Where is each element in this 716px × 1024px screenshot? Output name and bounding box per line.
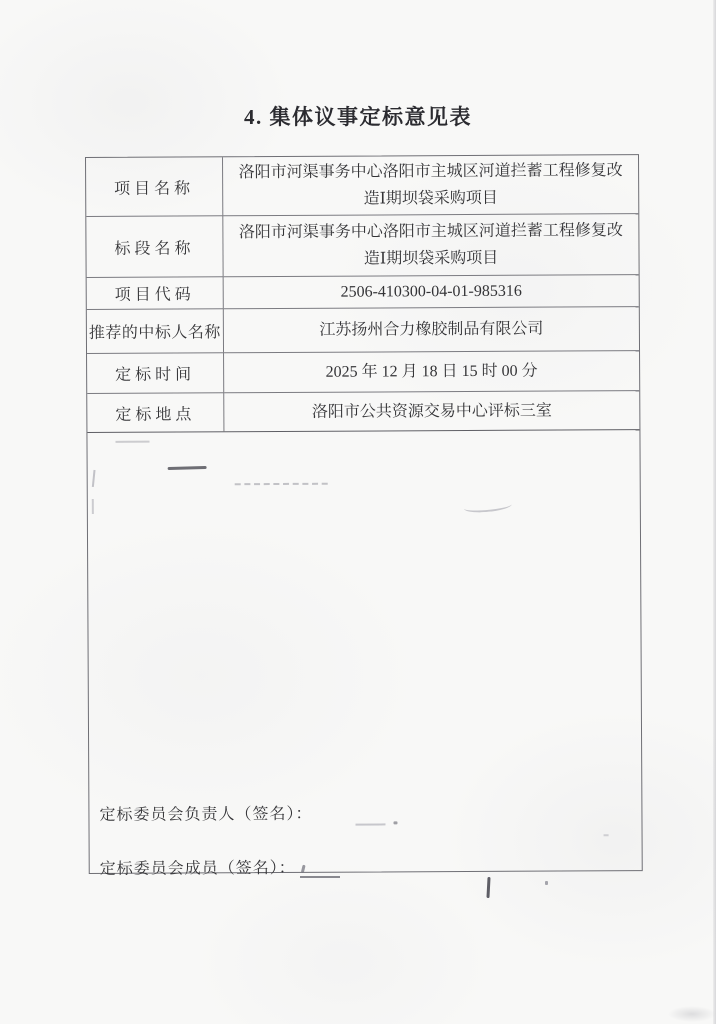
members-signature-label: 定标委员会成员（签名）：	[100, 855, 296, 879]
faded-handwriting-mark	[355, 823, 385, 825]
project-name-value: 洛阳市河渠事务中心洛阳市主城区河道拦蓄工程修复改造Ⅰ期坝袋采购项目	[223, 155, 638, 215]
faded-handwriting-mark	[115, 441, 149, 443]
award-time-label: 定标时间	[87, 352, 224, 393]
pen-underline-mark	[300, 876, 340, 878]
project-code-value: 2506-410300-04-01-985316	[224, 274, 639, 308]
faded-numeral-mark	[92, 499, 94, 514]
award-location-label: 定标地点	[87, 392, 224, 432]
award-time-value: 2025 年 12 月 18 日 15 时 00 分	[224, 350, 639, 392]
faded-numeral-mark	[92, 470, 96, 487]
section-name-value: 洛阳市河渠事务中心洛阳市主城区河道拦蓄工程修复改造Ⅰ期坝袋采购项目	[223, 213, 638, 276]
scan-artifact-mark	[604, 834, 609, 836]
faded-handwriting-mark	[463, 499, 512, 514]
pen-dot-mark	[393, 821, 397, 824]
recommended-bidder-label: 推荐的中标人名称	[87, 308, 224, 353]
bid-award-opinion-table: 项目名称 洛阳市河渠事务中心洛阳市主城区河道拦蓄工程修复改造Ⅰ期坝袋采购项目 标…	[85, 154, 643, 874]
document-title: 4. 集体议事定标意见表	[0, 101, 716, 131]
deliberation-opinion-area: 定标委员会负责人（签名）： 定标委员会成员（签名）：	[87, 429, 641, 873]
pen-dot-mark	[545, 881, 548, 885]
recommended-bidder-value: 江苏扬州合力橡胶制品有限公司	[224, 306, 639, 352]
pen-stroke-mark	[168, 466, 207, 470]
faded-handwriting-mark	[235, 483, 328, 485]
pen-tick-mark	[486, 877, 490, 898]
pen-comma-mark	[301, 865, 306, 873]
project-code-label: 项目代码	[87, 276, 224, 309]
section-name-label: 标段名称	[86, 215, 223, 277]
award-location-value: 洛阳市公共资源交易中心评标三室	[224, 390, 639, 431]
scan-corner-smudge	[668, 1006, 716, 1022]
project-name-label: 项目名称	[86, 157, 223, 216]
leader-signature-label: 定标委员会负责人（签名）：	[99, 801, 312, 825]
